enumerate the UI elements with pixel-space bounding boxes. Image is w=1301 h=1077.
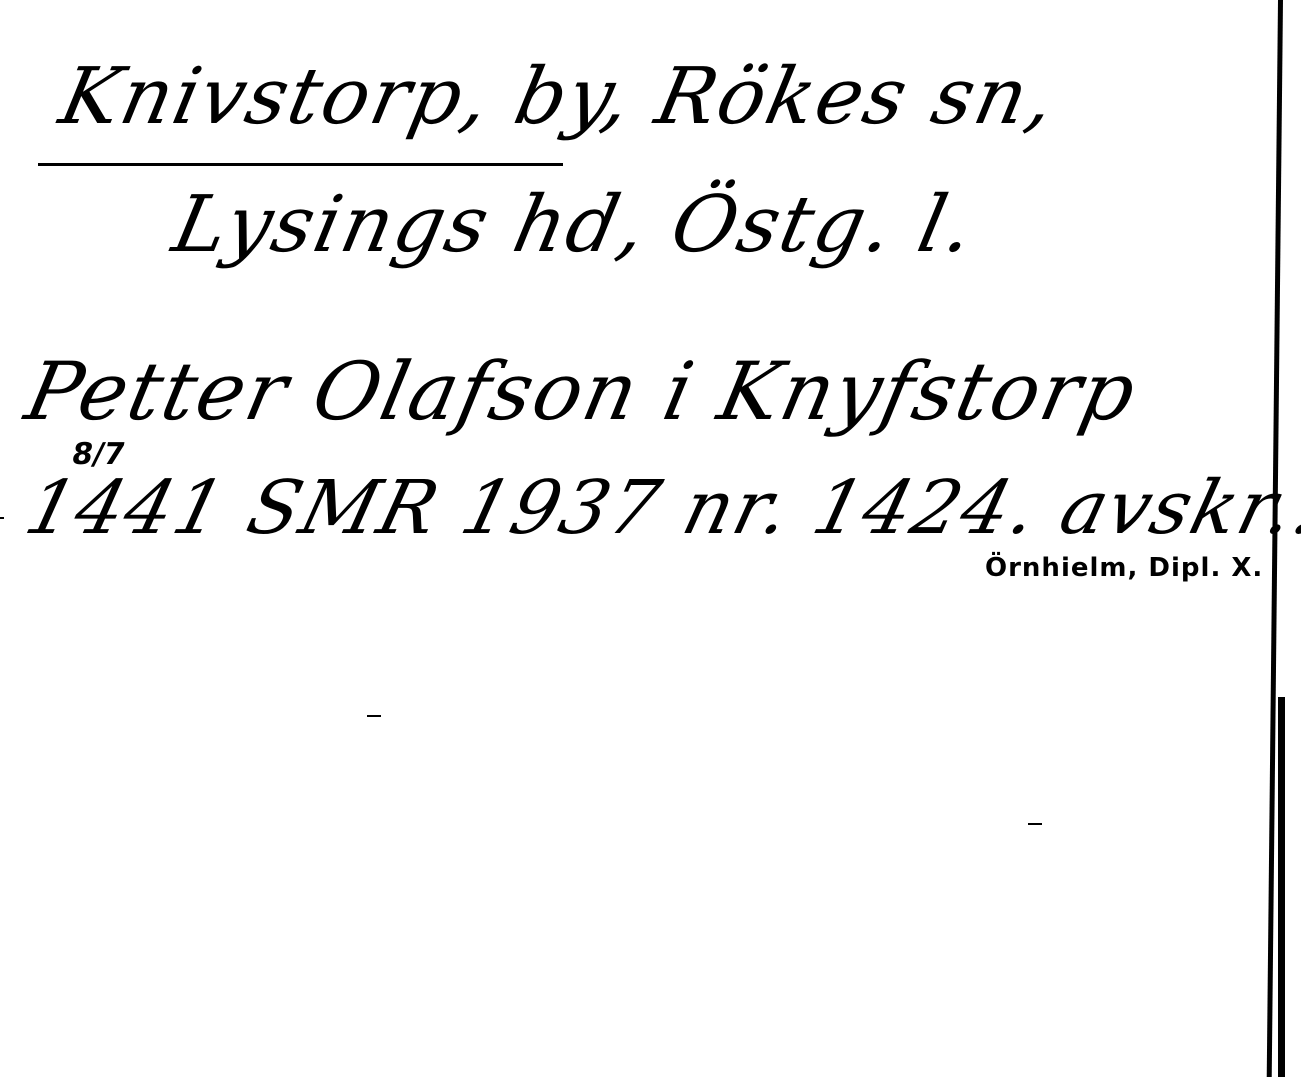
scan-speck: [1028, 823, 1042, 825]
heading-location-parish: , by, Rökes sn,: [454, 52, 1065, 142]
heading-line-1: Knivstorp, by, Rökes sn,: [52, 52, 1064, 142]
card-edge-border-lower: [1278, 697, 1285, 1077]
place-name-headword: Knivstorp: [52, 52, 472, 142]
scan-speck: [367, 715, 381, 717]
archive-card: Knivstorp, by, Rökes sn, Lysings hd, Öst…: [0, 0, 1301, 1077]
scan-speck: [0, 517, 4, 519]
headword-underline: [38, 163, 563, 166]
attestation-line: Petter Olafson i Knyfstorp: [18, 345, 1145, 438]
heading-line-2: Lysings hd, Östg. l.: [165, 180, 983, 270]
citation-line: 1441 SMR 1937 nr. 1424. avskr..: [17, 465, 1301, 551]
source-reference: Örnhielm, Dipl. X.: [985, 553, 1263, 583]
